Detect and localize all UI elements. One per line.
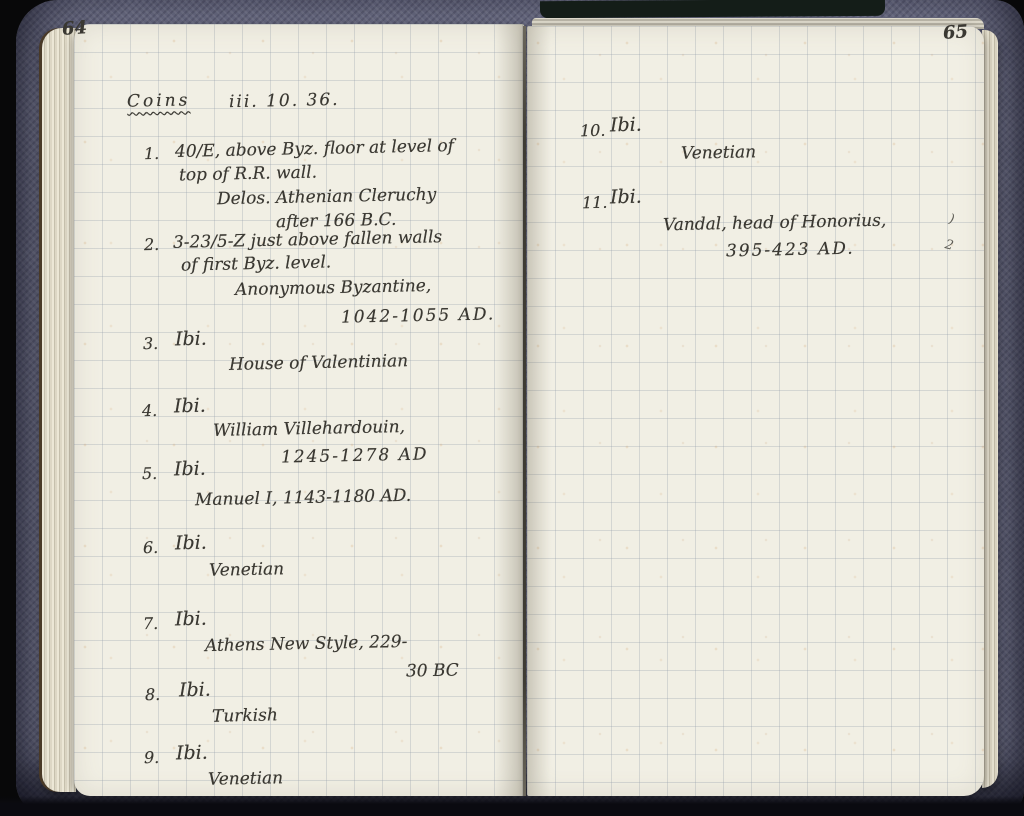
entry-line: House of Valentinian — [229, 353, 408, 374]
entry-number: 9. — [144, 750, 160, 766]
entry-line: Ibi. — [610, 188, 642, 208]
entry-line: Venetian — [681, 144, 756, 163]
entry-line: top of R.R. wall. — [179, 165, 317, 185]
gutter-shadow-left — [494, 24, 524, 796]
spine — [523, 26, 526, 796]
header-title: Coins — [127, 92, 191, 110]
entry-line: Ibi. — [610, 116, 642, 136]
entry-number: 11. — [582, 195, 608, 212]
entry-line: Ibi. — [175, 534, 207, 554]
notebook-photo: 64 65 Coins iii. 10. 36. 1. 40/E, above … — [0, 0, 1024, 816]
top-shadow-band — [540, 0, 885, 18]
page-edges-left — [42, 28, 76, 792]
entry-line: Ibi. — [175, 610, 207, 630]
entry-number: 3. — [143, 336, 159, 352]
entry-line: Delos. Athenian Cleruchy — [217, 187, 437, 209]
entry-line: 395-423 AD. — [726, 241, 855, 261]
entry-line: Ibi. — [176, 744, 208, 764]
entry-line: 1042-1055 AD. — [341, 306, 496, 326]
entry-line: Venetian — [208, 770, 283, 789]
entry-line: Ibi. — [179, 681, 211, 701]
page-number-right: 65 — [942, 23, 968, 43]
entry-number: 1. — [144, 146, 160, 162]
entry-number: 5. — [142, 466, 158, 482]
entry-number: 2. — [144, 237, 160, 253]
entry-line: Ibi. — [175, 330, 207, 350]
entry-line: Vandal, head of Honorius, — [663, 213, 887, 235]
entry-line: Turkish — [212, 707, 278, 725]
entry-line: Ibi. — [174, 460, 206, 480]
entry-line: Anonymous Byzantine, — [235, 278, 432, 299]
entry-line: Manuel I, 1143-1180 AD. — [195, 488, 412, 510]
header-date: iii. 10. 36. — [229, 92, 340, 111]
entry-number: 7. — [143, 616, 159, 632]
entry-line: 30 BC — [406, 662, 459, 680]
entry-number: 10. — [580, 123, 606, 140]
gutter-shadow-right — [527, 26, 551, 796]
bottom-shadow — [0, 796, 1024, 816]
entry-line: 1245-1278 AD — [281, 446, 429, 466]
page-number-left: 64 — [61, 19, 87, 39]
entry-line: Athens New Style, 229- — [205, 634, 408, 655]
entry-number: 4. — [142, 403, 158, 419]
entry-line: Venetian — [209, 561, 284, 580]
entry-line: of first Byz. level. — [181, 254, 332, 274]
entry-line: William Villehardouin, — [213, 419, 405, 440]
entry-number: 6. — [143, 540, 159, 556]
entry-number: 8. — [145, 687, 161, 703]
entry-line: Ibi. — [174, 397, 206, 417]
page-edges-right — [982, 30, 998, 788]
